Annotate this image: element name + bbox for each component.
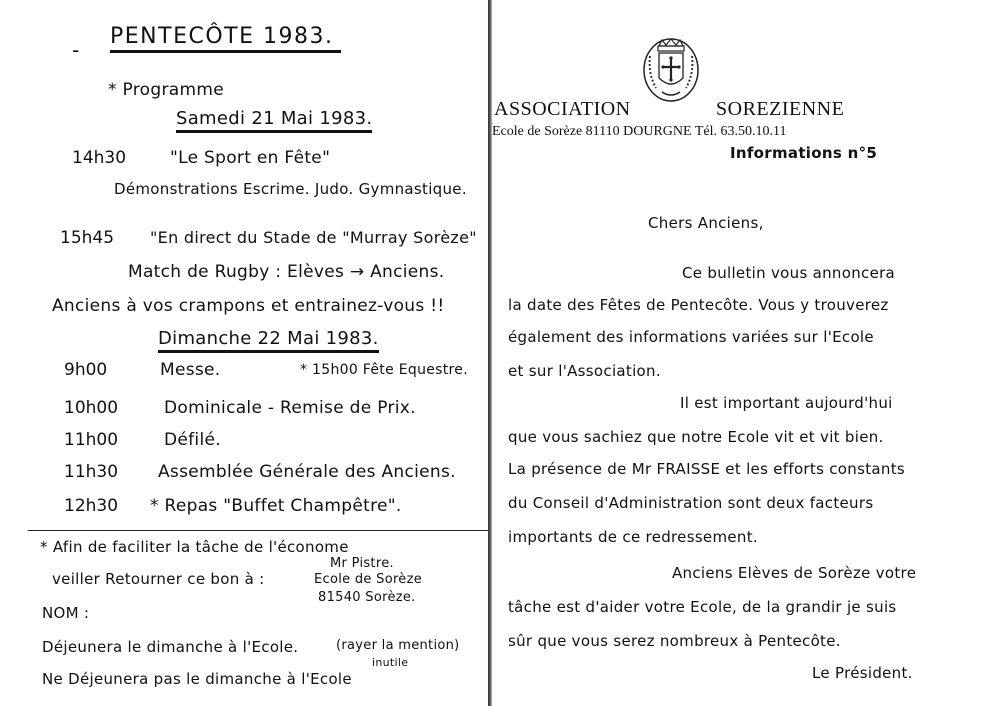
letter-line: également des informations variées sur l… (508, 328, 874, 346)
letterhead-association: ASSOCIATION (494, 98, 631, 121)
title-dash: - (72, 38, 80, 62)
issue-number: Informations n°5 (730, 144, 877, 162)
event-text: * Repas "Buffet Champêtre". (150, 496, 402, 516)
event-text: Dominicale - Remise de Prix. (164, 398, 416, 418)
event-text: Défilé. (164, 430, 221, 450)
letter-line: Il est important aujourd'hui (680, 394, 893, 412)
coupon-separator (28, 530, 488, 531)
instruction-text: inutile (372, 656, 408, 669)
signature: Le Président. (812, 664, 913, 682)
event-text: Messe. (160, 360, 221, 380)
letter-line: tâche est d'aider votre Ecole, de la gra… (508, 598, 897, 616)
letter-line: La présence de Mr FRAISSE et les efforts… (508, 460, 905, 478)
letter-line: Anciens Elèves de Sorèze votre (672, 564, 916, 582)
letter-line: du Conseil d'Administration sont deux fa… (508, 494, 873, 512)
programme-label: * Programme (108, 80, 224, 100)
sunday-heading: Dimanche 22 Mai 1983. (158, 328, 379, 353)
address-line: 81540 Sorèze. (318, 590, 416, 605)
event-time: 10h00 (64, 398, 118, 418)
letterhead-sorezienne: SOREZIENNE (716, 98, 844, 121)
event-time: 15h45 (60, 228, 114, 248)
event-text: Assemblée Générale des Anciens. (158, 462, 456, 482)
programme-page: - PENTECÔTE 1983. * Programme Samedi 21 … (0, 0, 488, 706)
name-field-label: NOM : (42, 604, 89, 622)
event-text: "Le Sport en Fête" (170, 148, 330, 168)
letter-line: sûr que vous serez nombreux à Pentecôte. (508, 632, 841, 650)
coat-of-arms-crest-icon (642, 36, 700, 102)
letter-line: importants de ce redressement. (508, 528, 758, 546)
letter-line: que vous sachiez que notre Ecole vit et … (508, 428, 884, 446)
lunch-option-no: Ne Déjeunera pas le dimanche à l'Ecole (42, 670, 352, 688)
event-time: 12h30 (64, 496, 118, 516)
event-text: Match de Rugby : Elèves → Anciens. (128, 262, 444, 282)
address-line: Ecole de Sorèze (314, 572, 422, 587)
event-text: "En direct du Stade de "Murray Sorèze" (150, 228, 477, 247)
coupon-return-line: veiller Retourner ce bon à : (52, 570, 265, 588)
event-time: 11h00 (64, 430, 118, 450)
lunch-option-yes: Déjeunera le dimanche à l'Ecole. (42, 638, 298, 656)
letter-line: et sur l'Association. (508, 362, 661, 380)
letter-line: Ce bulletin vous annoncera (682, 264, 895, 282)
page-title: PENTECÔTE 1983. (110, 24, 341, 53)
event-time: 9h00 (64, 360, 107, 380)
event-text: Démonstrations Escrime. Judo. Gymnastiqu… (114, 180, 467, 198)
event-text: Anciens à vos crampons et entrainez-vous… (52, 296, 444, 316)
letterhead-address: Ecole de Sorèze 81110 DOURGNE Tél. 63.50… (492, 124, 786, 140)
event-time: 11h30 (64, 462, 118, 482)
address-line: Mr Pistre. (330, 556, 394, 571)
coupon-intro: * Afin de faciliter la tâche de l'économ… (40, 538, 349, 556)
saturday-heading: Samedi 21 Mai 1983. (176, 108, 372, 133)
event-time: 14h30 (72, 148, 126, 168)
salutation: Chers Anciens, (648, 214, 764, 232)
side-note-equestrian: * 15h00 Fête Equestre. (300, 362, 468, 378)
letter-line: la date des Fêtes de Pentecôte. Vous y t… (508, 296, 889, 314)
instruction-text: (rayer la mention) (336, 638, 460, 653)
